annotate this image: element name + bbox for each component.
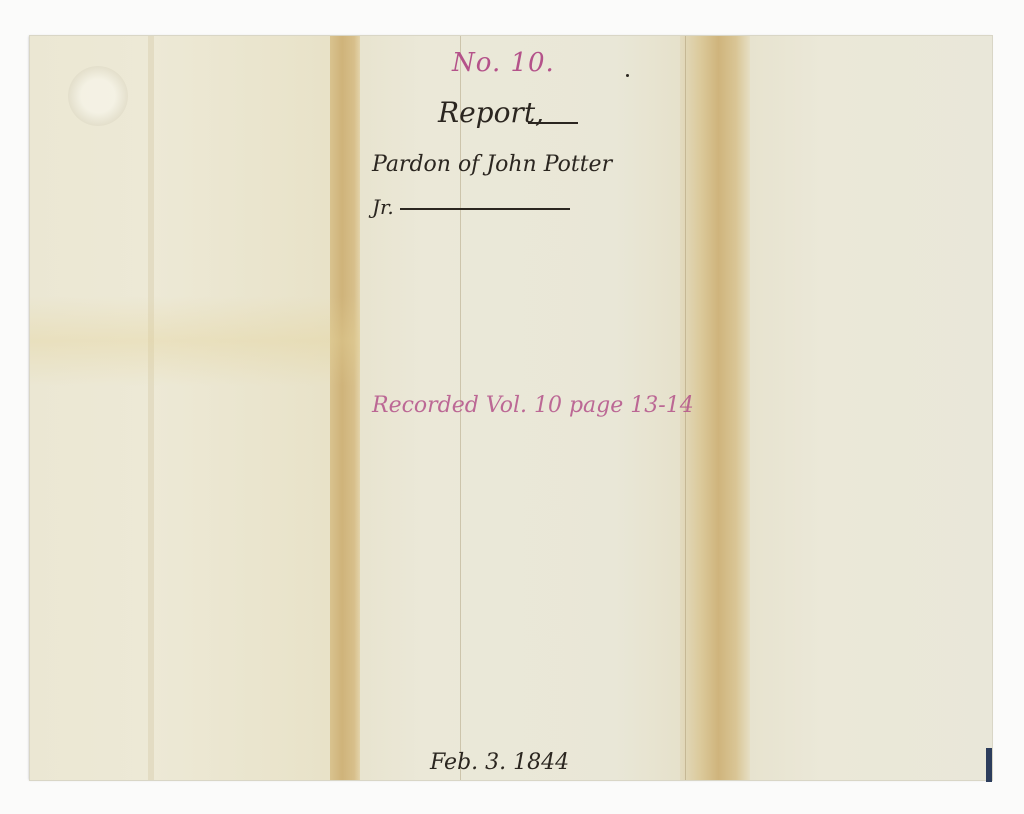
title-underline (528, 122, 578, 124)
scan-backing-edge (986, 748, 992, 782)
left-fold-panel (30, 36, 330, 780)
faint-fold-line (148, 36, 154, 780)
fold-stain-left (330, 36, 360, 780)
document-title: Report, (438, 96, 544, 129)
ink-dot (626, 74, 629, 77)
document-date: Feb. 3. 1844 (430, 750, 569, 775)
subject-underline (400, 208, 570, 210)
subject-suffix: Jr. (372, 195, 394, 219)
horizontal-stain (30, 296, 360, 386)
document-subject: Pardon of John Potter (372, 152, 612, 177)
embossed-seal-icon (68, 66, 128, 126)
recorded-note: Recorded Vol. 10 page 13-14 (372, 393, 694, 418)
document-number: No. 10. (452, 48, 555, 78)
right-fold-panel (750, 36, 992, 780)
